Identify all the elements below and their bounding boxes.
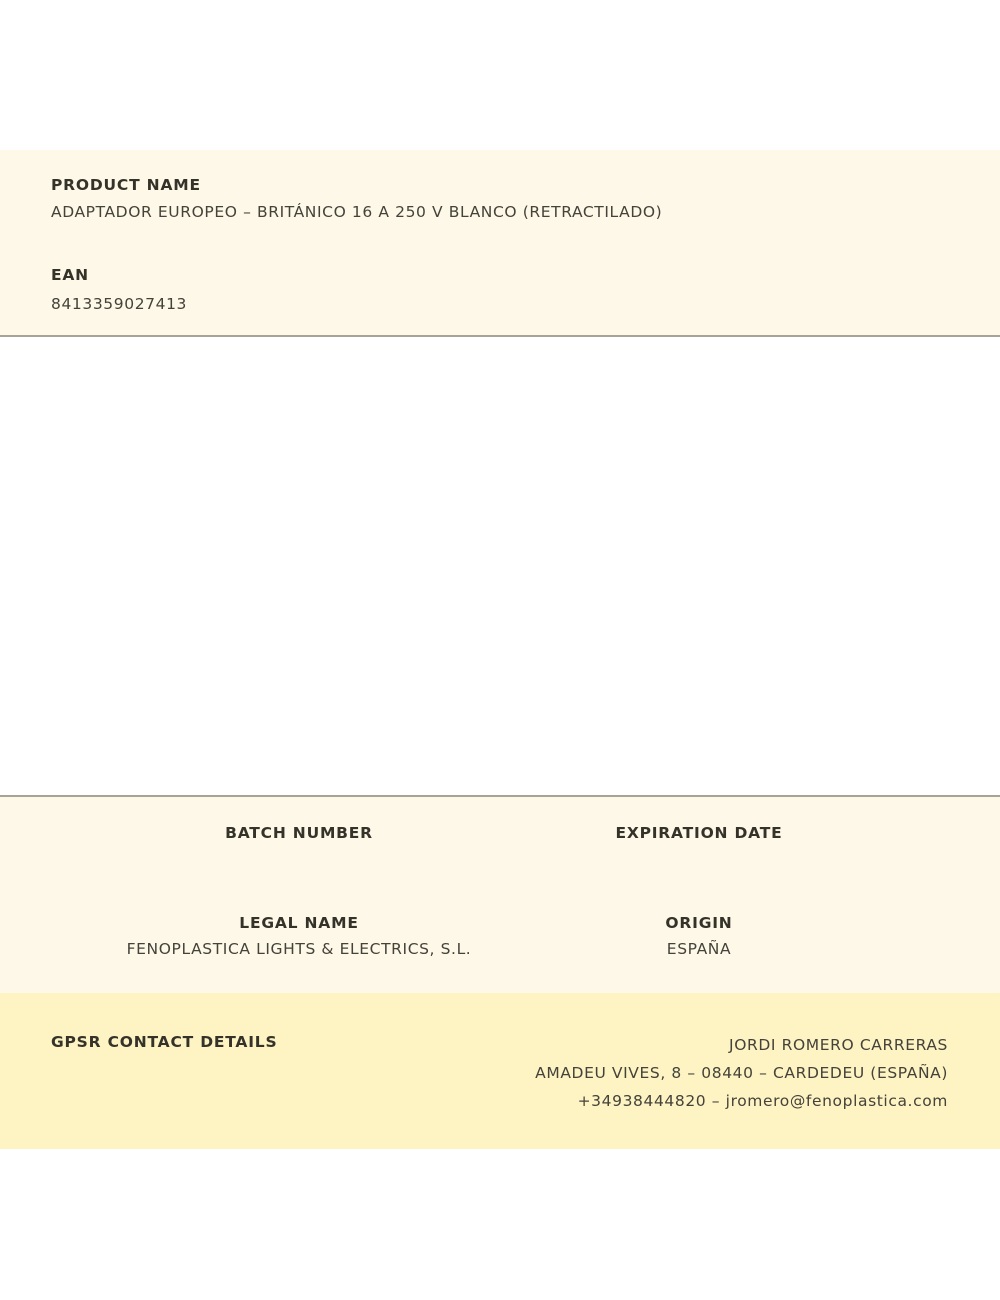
product-details-section: BATCH NUMBER EXPIRATION DATE LEGAL NAME …	[0, 795, 1000, 995]
contact-details: JORDI ROMERO CARRERAS AMADEU VIVES, 8 – …	[535, 1031, 948, 1115]
ean-label: EAN	[51, 266, 89, 284]
origin-label: ORIGIN	[499, 914, 899, 932]
expiration-date-field: EXPIRATION DATE	[499, 824, 899, 850]
legal-name-field: LEGAL NAME FENOPLASTICA LIGHTS & ELECTRI…	[99, 914, 499, 958]
contact-address: AMADEU VIVES, 8 – 08440 – CARDEDEU (ESPA…	[535, 1059, 948, 1087]
legal-name-value: FENOPLASTICA LIGHTS & ELECTRICS, S.L.	[99, 940, 499, 958]
contact-phone-email: +34938444820 – jromero@fenoplastica.com	[535, 1087, 948, 1115]
expiration-date-label: EXPIRATION DATE	[499, 824, 899, 842]
origin-value: ESPAÑA	[499, 940, 899, 958]
contact-name: JORDI ROMERO CARRERAS	[535, 1031, 948, 1059]
batch-number-field: BATCH NUMBER	[99, 824, 499, 850]
product-name-value: ADAPTADOR EUROPEO – BRITÁNICO 16 A 250 V…	[51, 203, 662, 221]
legal-name-label: LEGAL NAME	[99, 914, 499, 932]
gpsr-contact-section: GPSR CONTACT DETAILS JORDI ROMERO CARRER…	[0, 993, 1000, 1149]
gpsr-contact-label: GPSR CONTACT DETAILS	[51, 1033, 277, 1051]
product-name-label: PRODUCT NAME	[51, 176, 201, 194]
origin-field: ORIGIN ESPAÑA	[499, 914, 899, 958]
batch-number-label: BATCH NUMBER	[99, 824, 499, 842]
product-info-section: PRODUCT NAME ADAPTADOR EUROPEO – BRITÁNI…	[0, 150, 1000, 337]
ean-value: 8413359027413	[51, 295, 187, 313]
